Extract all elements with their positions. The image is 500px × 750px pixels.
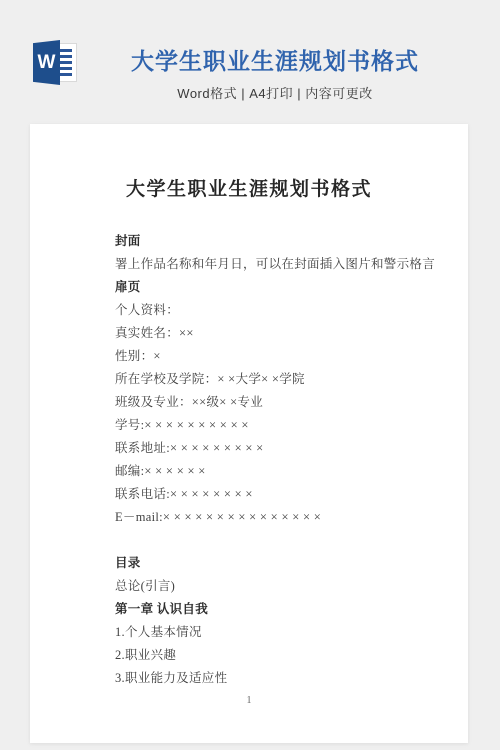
document-line: 真实姓名：××	[115, 322, 440, 345]
document-line: 联系电话:× × × × × × × ×	[115, 483, 440, 506]
document-line: 个人资料：	[115, 299, 440, 322]
document-page-preview: 大学生职业生涯规划书格式 封面署上作品名称和年月日，可以在封面插入图片和警示格言…	[30, 124, 468, 743]
document-line: 3.职业能力及适应性	[115, 667, 440, 690]
page-title: 大学生职业生涯规划书格式	[75, 43, 475, 76]
document-line: 总论(引言)	[115, 575, 440, 598]
word-logo-icon: W	[33, 40, 77, 85]
page-subtitle: Word格式 | A4打印 | 内容可更改	[75, 83, 475, 102]
document-body: 封面署上作品名称和年月日，可以在封面插入图片和警示格言扉页个人资料：真实姓名：×…	[115, 230, 440, 690]
blank-line	[115, 529, 440, 552]
document-line: 学号:× × × × × × × × × ×	[115, 414, 440, 437]
document-line: 所在学校及学院：× ×大学× ×学院	[115, 368, 440, 391]
document-line: 署上作品名称和年月日，可以在封面插入图片和警示格言	[115, 253, 440, 276]
document-line: 目录	[115, 552, 440, 575]
document-line: 1.个人基本情况	[115, 621, 440, 644]
document-line: E－mail:× × × × × × × × × × × × × × ×	[115, 506, 440, 529]
header-text: 大学生职业生涯规划书格式 Word格式 | A4打印 | 内容可更改	[75, 43, 475, 102]
document-line: 班级及专业：××级× ×专业	[115, 391, 440, 414]
word-w-glyph: W	[33, 40, 60, 85]
document-line: 邮编:× × × × × ×	[115, 460, 440, 483]
document-line: 2.职业兴趣	[115, 644, 440, 667]
page-number: 1	[30, 695, 468, 706]
header: W 大学生职业生涯规划书格式 Word格式 | A4打印 | 内容可更改	[0, 0, 500, 124]
document-line: 封面	[115, 230, 440, 253]
document-line: 扉页	[115, 276, 440, 299]
document-line: 第一章 认识自我	[115, 598, 440, 621]
document-line: 联系地址:× × × × × × × × ×	[115, 437, 440, 460]
document-line: 性别：×	[115, 345, 440, 368]
document-title: 大学生职业生涯规划书格式	[30, 174, 468, 201]
